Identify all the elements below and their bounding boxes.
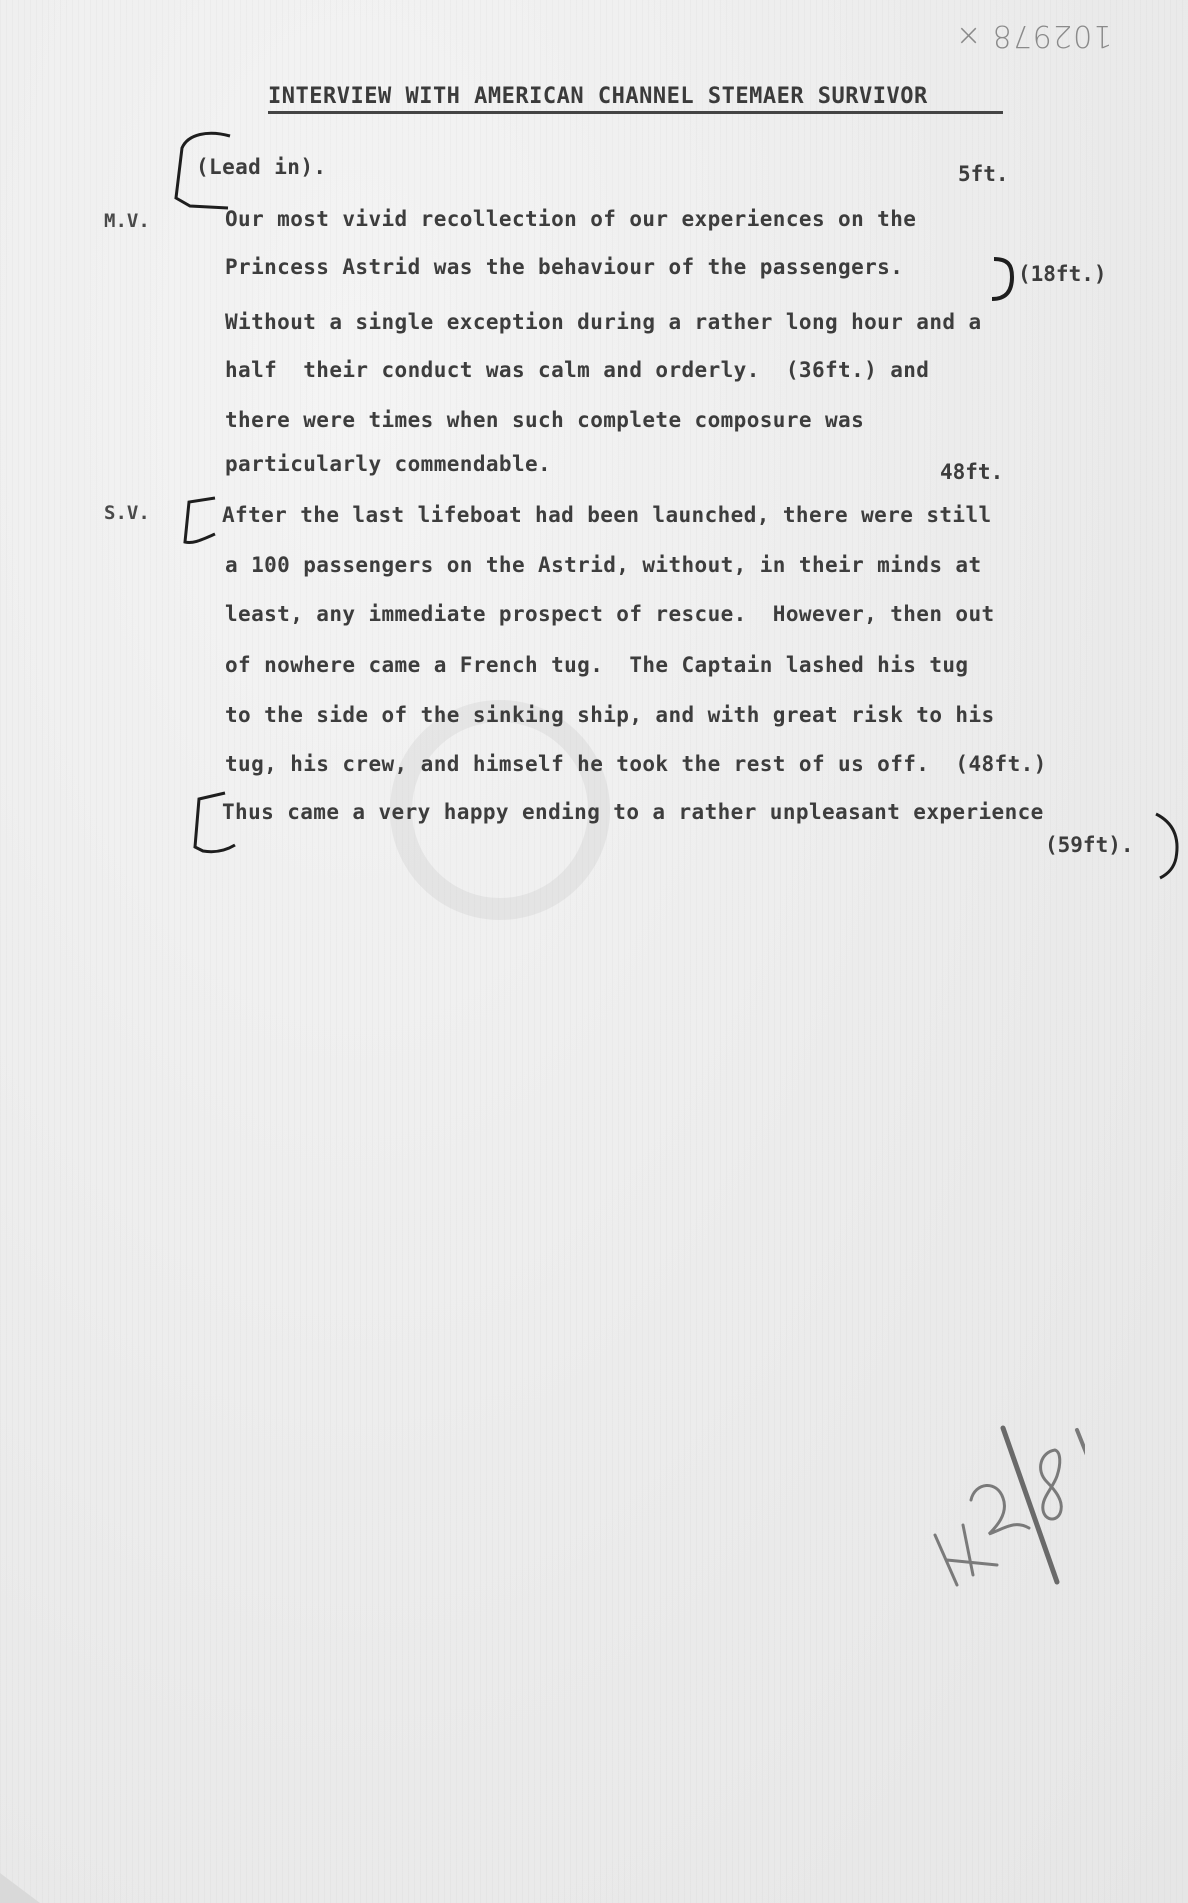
speaker-label-mv: M.V. (104, 210, 150, 232)
mv-inline-footage: (18ft.) (1018, 262, 1107, 286)
mv-line-5: there were times when such complete comp… (225, 408, 864, 432)
mv-footage: 48ft. (940, 460, 1003, 484)
closing-bracket-mark (990, 255, 1020, 305)
sv-line-5: to the side of the sinking ship, and wit… (225, 703, 995, 727)
folded-corner (0, 1873, 40, 1903)
final-closing-bracket-mark (1150, 810, 1186, 880)
scanned-page: 102978 × INTERVIEW WITH AMERICAN CHANNEL… (0, 0, 1188, 1903)
mv-line-6: particularly commendable. (225, 452, 551, 476)
mv-line-2: Princess Astrid was the behaviour of the… (225, 255, 903, 279)
sv-line-4: of nowhere came a French tug. The Captai… (225, 653, 968, 677)
sv-line-6: tug, his crew, and himself he took the r… (225, 752, 1047, 776)
sv-line-1: After the last lifeboat had been launche… (222, 503, 992, 527)
catalog-number: 102978 × (955, 18, 1112, 53)
sv-line-7: Thus came a very happy ending to a rathe… (222, 800, 1044, 824)
sv-line-2: a 100 passengers on the Astrid, without,… (225, 553, 982, 577)
final-bracket-mark (185, 785, 255, 865)
lead-in-label: (Lead in). (196, 155, 326, 179)
mv-line-1: Our most vivid recollection of our exper… (225, 207, 916, 231)
sv-line-3: least, any immediate prospect of rescue.… (225, 602, 995, 626)
handwritten-pencil-annotation: 42/81 (905, 1410, 1085, 1590)
lead-in-footage: 5ft. (958, 162, 1009, 186)
speaker-label-sv: S.V. (104, 502, 150, 524)
sv-footage: (59ft). (1045, 833, 1134, 857)
document-title: INTERVIEW WITH AMERICAN CHANNEL STEMAER … (268, 84, 1003, 114)
mv-line-3: Without a single exception during a rath… (225, 310, 982, 334)
sv-bracket-mark (175, 492, 225, 552)
mv-line-4: half their conduct was calm and orderly.… (225, 358, 929, 382)
